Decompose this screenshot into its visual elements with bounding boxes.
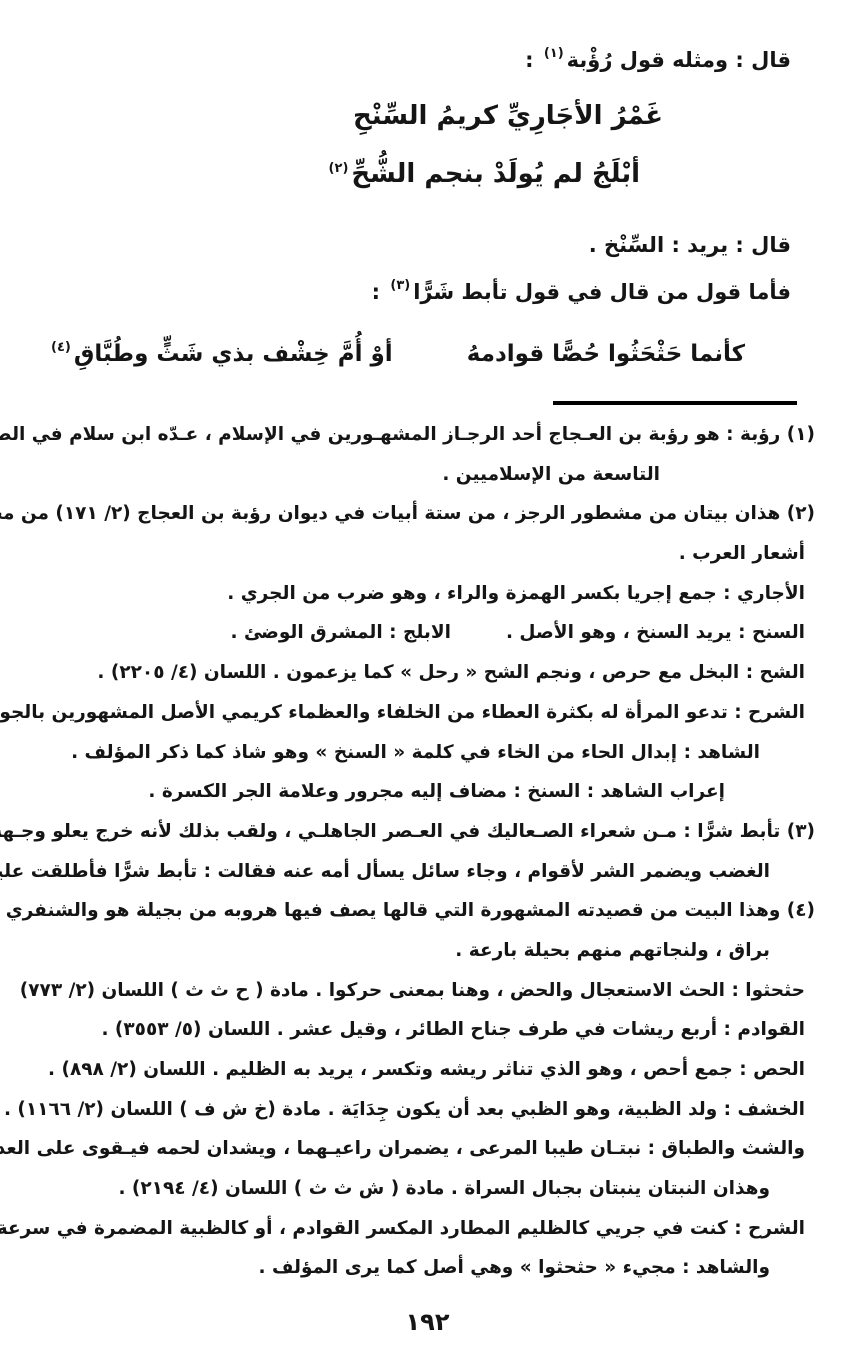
footnote-line: الشح : البخل مع حرص ، ونجم الشح « رحل » … xyxy=(30,653,805,693)
footnote-line: السنح : يريد السنخ ، وهو الأصل .الابلج :… xyxy=(30,613,805,653)
footnote-separator xyxy=(553,401,797,405)
intro2-text: فأما قول من قال في قول تأبط شَرًّا xyxy=(413,280,791,304)
footnote-line: (٤) وهذا البيت من قصيدته المشهورة التي ق… xyxy=(30,891,815,931)
verse-left-text: أوْ أُمَّ خِشْف بذي شَثٍّ وطُبَّاقِ xyxy=(74,341,393,367)
page-number: ١٩٢ xyxy=(0,1308,855,1336)
main-text-block: قال : ومثله قول رُؤْبة(١) : غَمْرُ الأجَ… xyxy=(0,0,855,381)
intro-colon: : xyxy=(525,48,541,72)
intro-line-2: فأما قول من قال في قول تأبط شَرًّا(٣) : xyxy=(20,265,791,313)
verse-line: كأنما حَثْحَثُوا حُصًّا قوادمهُ أوْ أُمَ… xyxy=(48,321,745,381)
footnote-line: إعراب الشاهد : السنخ : مضاف إليه مجرور و… xyxy=(30,772,725,812)
verse-hemistich-right: كأنما حَثْحَثُوا حُصًّا قوادمهُ xyxy=(467,327,745,381)
footnote-line: حثحثوا : الحث الاستعجال والحض ، وهنا بمع… xyxy=(30,971,805,1011)
footnote-ref-4: (٤) xyxy=(51,340,71,355)
footnote-line: الشرح : كنت في جريي كالظليم المطارد المك… xyxy=(30,1209,805,1249)
verse-hemistich-left: أوْ أُمَّ خِشْف بذي شَثٍّ وطُبَّاقِ(٤) xyxy=(48,321,393,381)
footnotes-section: (١) رؤبة : هو رؤبة بن العـجاج أحد الرجـا… xyxy=(0,401,855,1288)
poem-line-2: أبْلَجُ لم يُولَدْ بنجم الشُّحِّ(٢) xyxy=(20,142,640,201)
poem-line-1: غَمْرُ الأجَارِيِّ كريمُ السِّنْحِ xyxy=(20,90,663,142)
footnote-ref-3: (٣) xyxy=(390,278,410,293)
poem-line-2-text: أبْلَجُ لم يُولَدْ بنجم الشُّحِّ xyxy=(351,159,640,189)
intro-text: قال : ومثله قول رُؤْبة xyxy=(567,48,791,72)
said-line: قال : يريد : السِّنْخ . xyxy=(20,225,791,265)
footnote-line: (٢) هذان بيتان من مشطور الرجز ، من ستة أ… xyxy=(30,494,815,534)
footnote-line: الأجاري : جمع إجريا بكسر الهمزة والراء ،… xyxy=(30,574,805,614)
footnote-line: (١) رؤبة : هو رؤبة بن العـجاج أحد الرجـا… xyxy=(30,415,815,455)
footnote-line: وهذان النبتان ينبتان بجبال السراة . مادة… xyxy=(30,1169,770,1209)
footnote-line: براق ، ولنجاتهم منهم بحيلة بارعة . xyxy=(30,931,770,971)
footnote-line: التاسعة من الإسلاميين . xyxy=(30,455,660,495)
intro2-colon: : xyxy=(372,280,388,304)
book-page: قال : ومثله قول رُؤْبة(١) : غَمْرُ الأجَ… xyxy=(0,0,855,1357)
intro-line: قال : ومثله قول رُؤْبة(١) : xyxy=(20,34,791,80)
footnote-ref-2: (٢) xyxy=(329,161,349,176)
footnote-line: الخشف : ولد الظبية، وهو الظبي بعد أن يكو… xyxy=(30,1090,805,1130)
footnote-segment-right: السنح : يريد السنخ ، وهو الأصل . xyxy=(506,622,805,643)
footnote-line: والشث والطباق : نبتـان طيبا المرعى ، يضم… xyxy=(30,1129,805,1169)
footnote-line: الحص : جمع أحص ، وهو الذي تناثر ريشه وتك… xyxy=(30,1050,805,1090)
footnote-line: القوادم : أربع ريشات في طرف جناح الطائر … xyxy=(30,1010,805,1050)
footnote-segment-left: الابلج : المشرق الوضئ . xyxy=(231,622,451,643)
footnote-line: الشرح : تدعو المرأة له بكثرة العطاء من ا… xyxy=(30,693,805,733)
footnote-line: الغضب ويضمر الشر لأقوام ، وجاء سائل يسأل… xyxy=(30,852,770,892)
footnote-ref-1: (١) xyxy=(544,46,564,61)
footnote-line: (٣) تأبط شرًّا : مـن شعراء الصـعاليك في … xyxy=(30,812,815,852)
footnote-line: والشاهد : مجيء « حثحثوا » وهي أصل كما ير… xyxy=(30,1248,770,1288)
footnote-line: أشعار العرب . xyxy=(30,534,805,574)
footnote-line: الشاهد : إبدال الحاء من الخاء في كلمة « … xyxy=(30,733,760,773)
